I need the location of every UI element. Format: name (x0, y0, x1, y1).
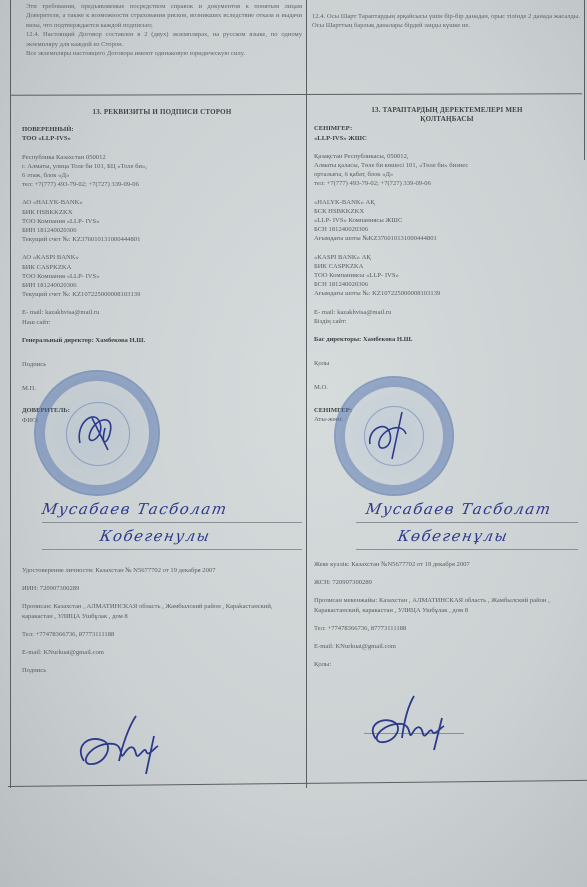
clause-12-4-kz: 12.4. Осы Шарт Тараптардың әрқайсысы үші… (312, 12, 580, 31)
residence-address: Прописан мекенжайы: Казахстан , АЛМАТИНС… (314, 596, 580, 614)
bank-name: «HALYK-BANK» АҚ (314, 198, 580, 207)
party-name: «LLP-IVS» ЖШС (314, 134, 580, 143)
bank-holder: ТОО Компания «LLP- IVS» (22, 272, 302, 281)
phone-line: тел: +7(777) 493-79-02; +7(727) 339-09-0… (314, 179, 580, 188)
address-line: г. Алматы, улица Толе би 101, БЦ «Толе б… (22, 162, 302, 171)
residence-address: Прописан: Казахстан , АЛМАТИНСКАЯ област… (22, 602, 302, 620)
fill-line (42, 549, 302, 550)
address-line: орталығы, 6 қабат, блок «Д» (314, 170, 580, 179)
principal-email: E-mail: KNurkuat@gmail.com (314, 642, 580, 651)
address-line: Республика Казахстан 050012 (22, 153, 302, 162)
email-line: E- mail: kazakhvisa@mail.ru (22, 308, 302, 317)
section-title: ҚОЛТАҢБАСЫ (314, 115, 580, 124)
principal-sign-label: Қолы: (314, 660, 580, 669)
bank-name: АО «KASPI BANK» (22, 253, 302, 262)
bank-bik: БСК HSBKKZKX (314, 207, 580, 216)
website-line: Біздің сайт: (314, 317, 580, 326)
bank-account: Текущий счет №: KZ376010131000444801 (22, 235, 302, 244)
right-column: 13. ТАРАПТАРДЫҢ ДЕРЕКТЕМЕЛЕРІ МЕН ҚОЛТАҢ… (314, 106, 580, 424)
document-photo: Эти требования, предъявляемые посредство… (0, 0, 587, 887)
sign-label: Подпись (22, 360, 302, 369)
bank-name: АО «HALYK-BANK» (22, 198, 302, 207)
bottom-border (8, 780, 587, 787)
clause-text: Эти требования, предъявляемые посредство… (26, 2, 302, 30)
address-line: 6 этаж, блок «Д» (22, 171, 302, 180)
top-right-clause: 12.4. Осы Шарт Тараптардың әрқайсысы үші… (312, 12, 580, 31)
principal-phone: Тел: +77478366736, 87773111188 (314, 624, 580, 633)
bank-holder: ТОО Компаниясы «LLP- IVS» (314, 271, 580, 280)
handwritten-name-line-1: Мусабаев Тасболат (364, 500, 553, 518)
left-border (10, 0, 11, 788)
clause-12-4: 12.4. Настоящий Договор составлен в 2 (д… (26, 30, 302, 49)
principal-signature-left (74, 706, 174, 776)
website-line: Наш сайт: (22, 318, 302, 327)
bank-bin: БСН 181240020306 (314, 280, 580, 289)
left-column: 13. РЕКВИЗИТЫ И ПОДПИСИ СТОРОН ПОВЕРЕННЫ… (22, 108, 302, 425)
director-signature-left (70, 398, 130, 458)
top-row-divider (10, 93, 582, 96)
director-line: Бас директоры: Хамбекова Н.Ш. (314, 335, 580, 344)
bank-account: Текущий счет №: KZ107225000008103139 (22, 290, 302, 299)
handwritten-name-line-2: Кобегенулы (98, 527, 212, 545)
id-document: Удостоверение личности: Казахстан № N567… (22, 566, 302, 575)
handwritten-name-line-2: Көбегенұлы (396, 527, 510, 545)
bank-holder: ТОО Компания «LLP- IVS» (22, 217, 302, 226)
section-title: 13. ТАРАПТАРДЫҢ ДЕРЕКТЕМЕЛЕРІ МЕН (314, 106, 580, 115)
principal-phone: Тел: +77478366736, 87773111188 (22, 630, 302, 639)
bank-bin: БИН 181240020306 (22, 281, 302, 290)
party-name: ТОО «LLP-IVS» (22, 134, 302, 143)
fill-line (356, 549, 578, 550)
bank-name: «KASPI BANK» АҚ (314, 253, 580, 262)
bank-bin: БИН 181240020306 (22, 226, 302, 235)
bank-account: Ағымдағы шоты №KZ376010131000444801 (314, 234, 580, 243)
party-role: СЕНІМГЕР: (314, 124, 580, 133)
address-line: Алматы қаласы, Төле би көшесі 101, «Төле… (314, 161, 580, 170)
center-divider (306, 0, 307, 788)
bank-holder: «LLP- IVS» Компаниясы ЖШС (314, 216, 580, 225)
phone-line: тел: +7(777) 493-79-02; +7(727) 339-09-0… (22, 180, 302, 189)
left-principal-details: Удостоверение личности: Казахстан № N567… (22, 566, 302, 675)
fill-line (42, 522, 302, 523)
iin: ЖСН: 720907300289 (314, 578, 580, 587)
bank-account: Ағымдағы шоты №: KZ107225000008103139 (314, 289, 580, 298)
director-line: Генеральный директор: Хамбекова Н.Ш. (22, 336, 302, 345)
bank-bik: БИК CASPKZKA (22, 263, 302, 272)
id-document: Жеке куәлік: Казахстан №N5677702 от 19 д… (314, 560, 580, 569)
address-line: Қазақстан Республикасы, 050012, (314, 152, 580, 161)
top-left-clauses: Эти требования, предъявляемые посредство… (26, 2, 302, 58)
principal-sign-label: Подпись (22, 666, 302, 675)
right-border (584, 0, 585, 160)
contract-page: Эти требования, предъявляемые посредство… (8, 0, 587, 790)
email-line: E- mail: kazakhvisa@mail.ru (314, 308, 580, 317)
clause-text: Все экземпляры настоящего Договора имеют… (26, 49, 302, 58)
director-signature-right (362, 404, 422, 464)
sign-label: Қолы (314, 359, 580, 368)
bank-bin: БСН 181240020306 (314, 225, 580, 234)
principal-signature-right (366, 694, 456, 754)
bank-bik: БИК CASPKZKA (314, 262, 580, 271)
bank-bik: БИК HSBKKZKX (22, 208, 302, 217)
right-principal-details: Жеке куәлік: Казахстан №N5677702 от 19 д… (314, 560, 580, 669)
principal-email: E-mail: KNurkuat@gmail.com (22, 648, 302, 657)
handwritten-name-line-1: Мусабаев Тасболат (40, 500, 229, 518)
iin: ИИН: 720907300289 (22, 584, 302, 593)
party-role: ПОВЕРЕННЫЙ: (22, 125, 302, 134)
fill-line (356, 522, 578, 523)
section-title: 13. РЕКВИЗИТЫ И ПОДПИСИ СТОРОН (22, 108, 302, 117)
